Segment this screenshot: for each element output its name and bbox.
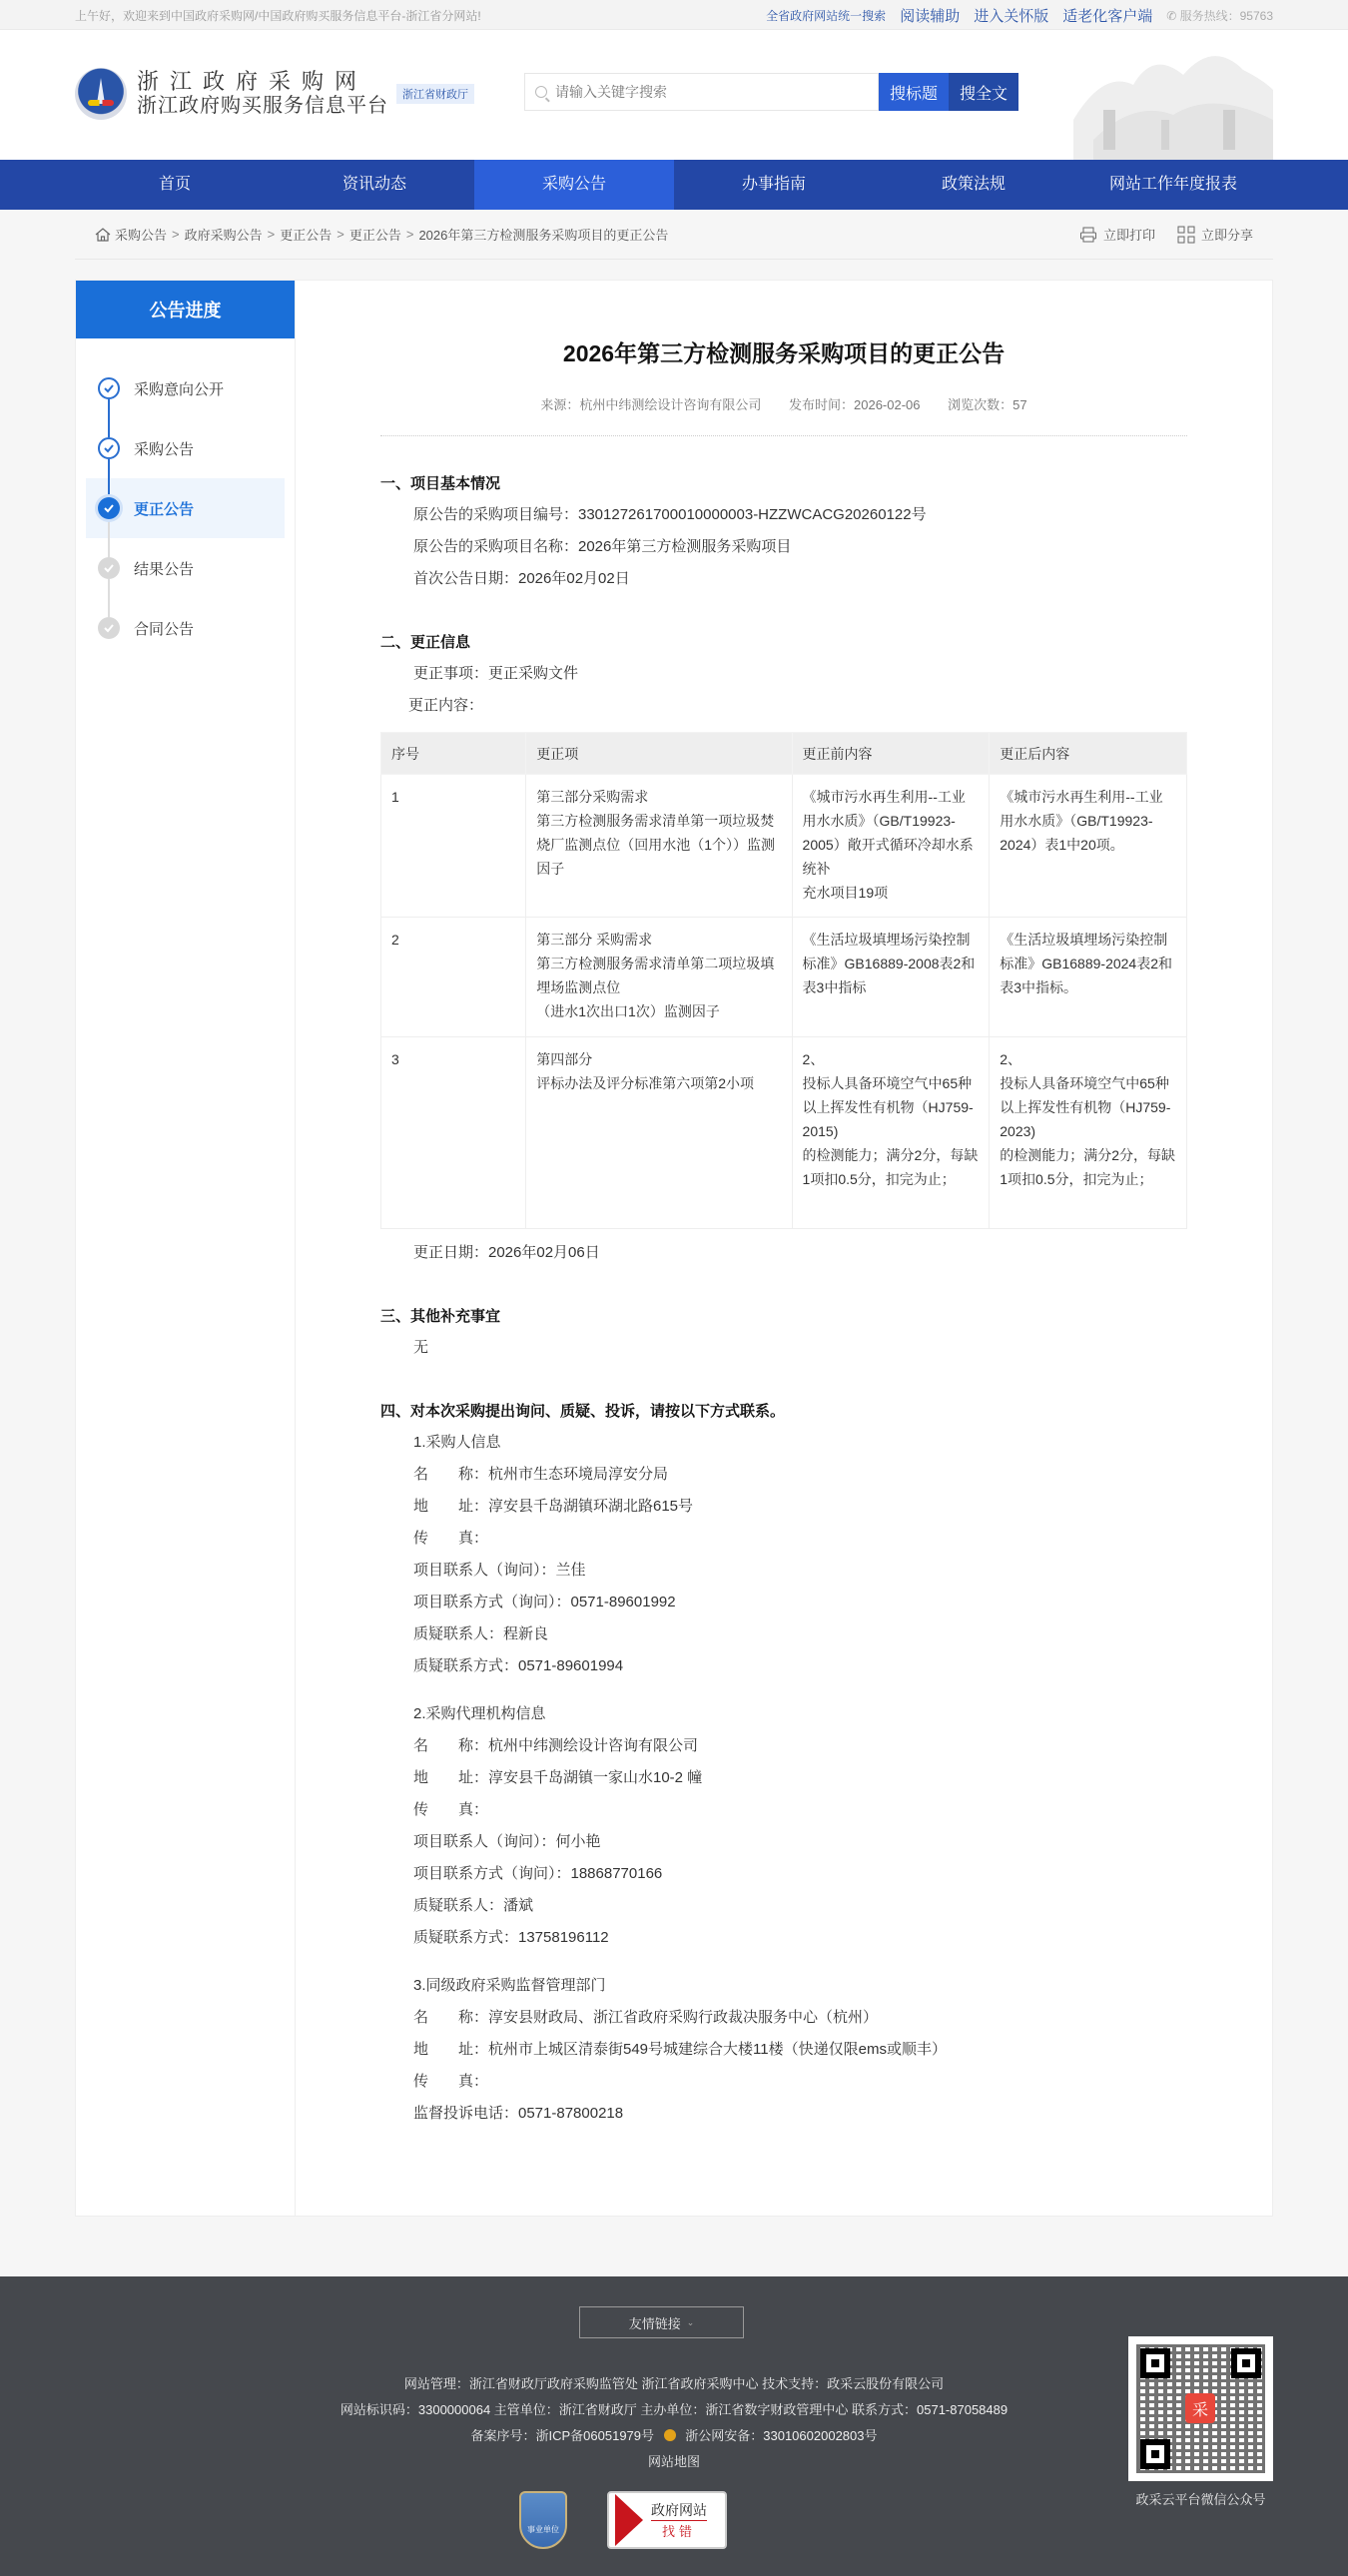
footer-management: 网站管理：浙江省财政厅政府采购监管处 浙江省政府采购中心 技术支持：政采云股份有… bbox=[75, 2371, 1273, 2397]
project-number: 原公告的采购项目编号：330127261700010000003-HZZWCAC… bbox=[380, 499, 1187, 531]
share-button[interactable]: 立即分享 bbox=[1177, 225, 1253, 244]
check-circle-icon bbox=[98, 377, 120, 399]
site-logo[interactable]: 浙江政府采购网 浙江政府购买服务信息平台 浙江省财政厅 bbox=[75, 68, 474, 120]
table-row: 2 第三部分 采购需求 第三方检测服务需求清单第二项垃圾填埋场监测点位 （进水1… bbox=[381, 918, 1187, 1037]
emblem-icon bbox=[75, 68, 127, 120]
correction-content-label: 更正内容： bbox=[380, 690, 1187, 722]
magnifier-icon bbox=[615, 2494, 643, 2546]
wechat-qr: 采 政采云平台微信公众号 bbox=[1128, 2336, 1273, 2508]
phone-icon: ✆ bbox=[1166, 9, 1179, 23]
supervisor-complaint-phone: 监督投诉电话：0571-87800218 bbox=[380, 2098, 1187, 2130]
nav-home[interactable]: 首页 bbox=[75, 160, 275, 210]
institution-badge[interactable]: 事业单位 bbox=[519, 2491, 567, 2549]
section-heading: 三、其他补充事宜 bbox=[380, 1305, 1187, 1326]
print-button[interactable]: 立即打印 bbox=[1079, 225, 1155, 244]
check-circle-disabled-icon bbox=[98, 557, 120, 579]
check-circle-icon bbox=[98, 437, 120, 459]
friend-links-dropdown[interactable]: 友情链接 ⌄ bbox=[579, 2306, 744, 2338]
section-other-matters: 三、其他补充事宜 无 bbox=[380, 1305, 1187, 1364]
correction-table: 序号 更正项 更正前内容 更正后内容 1 第三部分采购需求 第三方检测服务需求清… bbox=[380, 732, 1187, 1229]
nav-annual-report[interactable]: 网站工作年度报表 bbox=[1073, 160, 1273, 210]
care-version-link[interactable]: 进入关怀版 bbox=[974, 5, 1048, 26]
nav-guide[interactable]: 办事指南 bbox=[674, 160, 874, 210]
section-correction-info: 二、更正信息 更正事项：更正采购文件 更正内容： 序号 更正项 更正前内容 更正… bbox=[380, 631, 1187, 1269]
article: 2026年第三方检测服务采购项目的更正公告 来源：杭州中纬测绘设计咨询有限公司 … bbox=[296, 281, 1272, 2216]
home-icon[interactable] bbox=[95, 228, 111, 242]
purchaser-fax: 传 真： bbox=[380, 1523, 1187, 1555]
step-contract-notice[interactable]: 合同公告 bbox=[86, 598, 285, 658]
icp-link[interactable]: 备案序号：浙ICP备06051979号 bbox=[471, 2428, 655, 2443]
article-meta: 来源：杭州中纬测绘设计咨询有限公司 发布时间：2026-02-06 浏览次数：5… bbox=[380, 394, 1187, 413]
logo-title: 浙江政府采购网 bbox=[137, 70, 388, 94]
section-heading: 一、项目基本情况 bbox=[380, 472, 1187, 493]
agency-contact: 项目联系人（询问）：何小艳 bbox=[380, 1826, 1187, 1858]
nav-policy[interactable]: 政策法规 bbox=[874, 160, 1073, 210]
first-notice-date: 首次公告日期：2026年02月02日 bbox=[380, 563, 1187, 595]
purchaser-query-contact: 质疑联系人：程新良 bbox=[380, 1618, 1187, 1650]
purchaser-contact: 项目联系人（询问）：兰佳 bbox=[380, 1555, 1187, 1587]
main-frame: 公告进度 采购意向公开 采购公告 更正公告 结果公告 bbox=[75, 280, 1273, 2217]
footer-badges: 事业单位 政府网站 找错 bbox=[519, 2491, 727, 2549]
page-title: 2026年第三方检测服务采购项目的更正公告 bbox=[380, 335, 1187, 368]
agency-info-title: 2.采购代理机构信息 bbox=[380, 1698, 1187, 1730]
chevron-down-icon: ⌄ bbox=[687, 2317, 695, 2328]
section-basic-info: 一、项目基本情况 原公告的采购项目编号：33012726170001000000… bbox=[380, 472, 1187, 595]
notice-progress-sidebar: 公告进度 采购意向公开 采购公告 更正公告 结果公告 bbox=[76, 281, 296, 2216]
project-name: 原公告的采购项目名称：2026年第三方检测服务采购项目 bbox=[380, 531, 1187, 563]
mountain-pagoda-decoration bbox=[1073, 30, 1273, 160]
search-title-button[interactable]: 搜标题 bbox=[879, 73, 949, 111]
qr-caption: 政采云平台微信公众号 bbox=[1128, 2489, 1273, 2508]
zcy-logo-icon: 采 bbox=[1185, 2393, 1215, 2423]
welcome-text: 上午好，欢迎来到中国政府采购网/中国政府购买服务信息平台-浙江省分网站! bbox=[75, 7, 481, 24]
site-footer: 友情链接 ⌄ 网站管理：浙江省财政厅政府采购监管处 浙江省政府采购中心 技术支持… bbox=[0, 2276, 1348, 2576]
search-bar: 搜标题 搜全文 bbox=[524, 73, 1018, 111]
purchaser-name: 名 称：杭州市生态环境局淳安分局 bbox=[380, 1459, 1187, 1491]
step-procurement-notice[interactable]: 采购公告 bbox=[86, 418, 285, 478]
footer-site-id: 网站标识码：3300000064 主管单位：浙江省财政厅 主办单位：浙江省数字财… bbox=[75, 2397, 1273, 2423]
logo-subtitle: 浙江政府购买服务信息平台 bbox=[137, 94, 388, 118]
correction-date: 更正日期：2026年02月06日 bbox=[380, 1237, 1187, 1269]
purchaser-address: 地 址：淳安县千岛湖镇环湖北路615号 bbox=[380, 1491, 1187, 1523]
reading-assist-link[interactable]: 阅读辅助 bbox=[900, 5, 960, 26]
police-record-link[interactable]: 浙公网安备：33010602002803号 bbox=[685, 2428, 877, 2443]
supervisor-name: 名 称：淳安县财政局、浙江省政府采购行政裁决服务中心（杭州） bbox=[380, 2002, 1187, 2034]
step-intent[interactable]: 采购意向公开 bbox=[86, 358, 285, 418]
breadcrumb-current: 2026年第三方检测服务采购项目的更正公告 bbox=[418, 225, 668, 244]
printer-icon bbox=[1079, 226, 1097, 244]
agency-name: 名 称：杭州中纬测绘设计咨询有限公司 bbox=[380, 1730, 1187, 1762]
section-heading: 二、更正信息 bbox=[380, 631, 1187, 652]
agency-phone: 项目联系方式（询问）：18868770166 bbox=[380, 1858, 1187, 1890]
divider bbox=[380, 435, 1187, 436]
purchaser-phone: 项目联系方式（询问）：0571-89601992 bbox=[380, 1587, 1187, 1618]
table-header-row: 序号 更正项 更正前内容 更正后内容 bbox=[381, 733, 1187, 775]
section-heading: 四、对本次采购提出询问、质疑、投诉，请按以下方式联系。 bbox=[380, 1400, 1187, 1421]
logo-tag: 浙江省财政厅 bbox=[396, 84, 474, 104]
search-box bbox=[524, 73, 879, 111]
supervisor-info-title: 3.同级政府采购监督管理部门 bbox=[380, 1970, 1187, 2002]
nav-news[interactable]: 资讯动态 bbox=[275, 160, 474, 210]
police-emblem-icon bbox=[664, 2429, 676, 2441]
agency-address: 地 址：淳安县千岛湖镇一家山水10-2 幢 bbox=[380, 1762, 1187, 1794]
check-circle-filled-icon bbox=[98, 497, 120, 519]
purchaser-info-title: 1.采购人信息 bbox=[380, 1427, 1187, 1459]
supervisor-address: 地 址：杭州市上城区清泰街549号城建综合大楼11楼（快递仅限ems或顺丰） bbox=[380, 2034, 1187, 2066]
breadcrumb-item[interactable]: 政府采购公告 bbox=[185, 225, 263, 244]
sitemap-link[interactable]: 网站地图 bbox=[648, 2454, 700, 2469]
purchaser-query-phone: 质疑联系方式：0571-89601994 bbox=[380, 1650, 1187, 1682]
source: 来源：杭州中纬测绘设计咨询有限公司 bbox=[540, 397, 761, 412]
top-links: 全省政府网站统一搜索 阅读辅助 进入关怀版 适老化客户端 ✆ 服务热线：9576… bbox=[766, 5, 1273, 26]
footer-icp: 备案序号：浙ICP备06051979号 浙公网安备：33010602002803… bbox=[75, 2423, 1273, 2449]
view-count: 浏览次数：57 bbox=[948, 397, 1026, 412]
correction-item: 更正事项：更正采购文件 bbox=[380, 658, 1187, 690]
search-icon bbox=[535, 86, 547, 98]
agency-fax: 传 真： bbox=[380, 1794, 1187, 1826]
step-correction-notice[interactable]: 更正公告 bbox=[86, 478, 285, 538]
qrcode-share-icon bbox=[1177, 226, 1195, 244]
publish-time: 发布时间：2026-02-06 bbox=[789, 397, 921, 412]
search-fulltext-button[interactable]: 搜全文 bbox=[949, 73, 1018, 111]
elderly-client-link[interactable]: 适老化客户端 bbox=[1062, 5, 1152, 26]
top-bar: 上午好，欢迎来到中国政府采购网/中国政府购买服务信息平台-浙江省分网站! 全省政… bbox=[0, 0, 1348, 30]
agency-query-phone: 质疑联系方式：13758196112 bbox=[380, 1922, 1187, 1954]
step-result-notice[interactable]: 结果公告 bbox=[86, 538, 285, 598]
other-matters-text: 无 bbox=[380, 1332, 1187, 1364]
breadcrumb-item[interactable]: 采购公告 bbox=[115, 225, 167, 244]
qrcode-image: 采 bbox=[1128, 2336, 1273, 2481]
breadcrumb-item[interactable]: 更正公告 bbox=[280, 225, 332, 244]
nav-procurement-notices[interactable]: 采购公告 bbox=[474, 160, 674, 210]
search-input[interactable] bbox=[555, 84, 855, 100]
section-contacts: 四、对本次采购提出询问、质疑、投诉，请按以下方式联系。 1.采购人信息 名 称：… bbox=[380, 1400, 1187, 2130]
unified-search-link[interactable]: 全省政府网站统一搜索 bbox=[766, 7, 886, 24]
hotline: ✆ 服务热线：95763 bbox=[1166, 7, 1273, 24]
breadcrumb-item[interactable]: 更正公告 bbox=[349, 225, 401, 244]
table-row: 3 第四部分 评标办法及评分标准第六项第2小项 2、 投标人具备环境空气中65种… bbox=[381, 1037, 1187, 1229]
site-header: 浙江政府采购网 浙江政府购买服务信息平台 浙江省财政厅 搜标题 搜全文 bbox=[0, 30, 1348, 160]
progress-steps: 采购意向公开 采购公告 更正公告 结果公告 合同公告 bbox=[76, 338, 295, 678]
breadcrumb-bar: 采购公告> 政府采购公告> 更正公告> 更正公告> 2026年第三方检测服务采购… bbox=[75, 210, 1273, 260]
sidebar-title: 公告进度 bbox=[76, 281, 295, 338]
breadcrumb: 采购公告> 政府采购公告> 更正公告> 更正公告> 2026年第三方检测服务采购… bbox=[95, 225, 668, 244]
table-row: 1 第三部分采购需求 第三方检测服务需求清单第一项垃圾焚烧厂监测点位（回用水池（… bbox=[381, 775, 1187, 918]
agency-query-contact: 质疑联系人：潘斌 bbox=[380, 1890, 1187, 1922]
check-circle-disabled-icon bbox=[98, 617, 120, 639]
footer-info: 网站管理：浙江省财政厅政府采购监管处 浙江省政府采购中心 技术支持：政采云股份有… bbox=[75, 2371, 1273, 2475]
main-nav: 首页 资讯动态 采购公告 办事指南 政策法规 网站工作年度报表 bbox=[0, 160, 1348, 210]
gov-site-error-report-badge[interactable]: 政府网站 找错 bbox=[607, 2491, 727, 2549]
supervisor-fax: 传 真： bbox=[380, 2066, 1187, 2098]
